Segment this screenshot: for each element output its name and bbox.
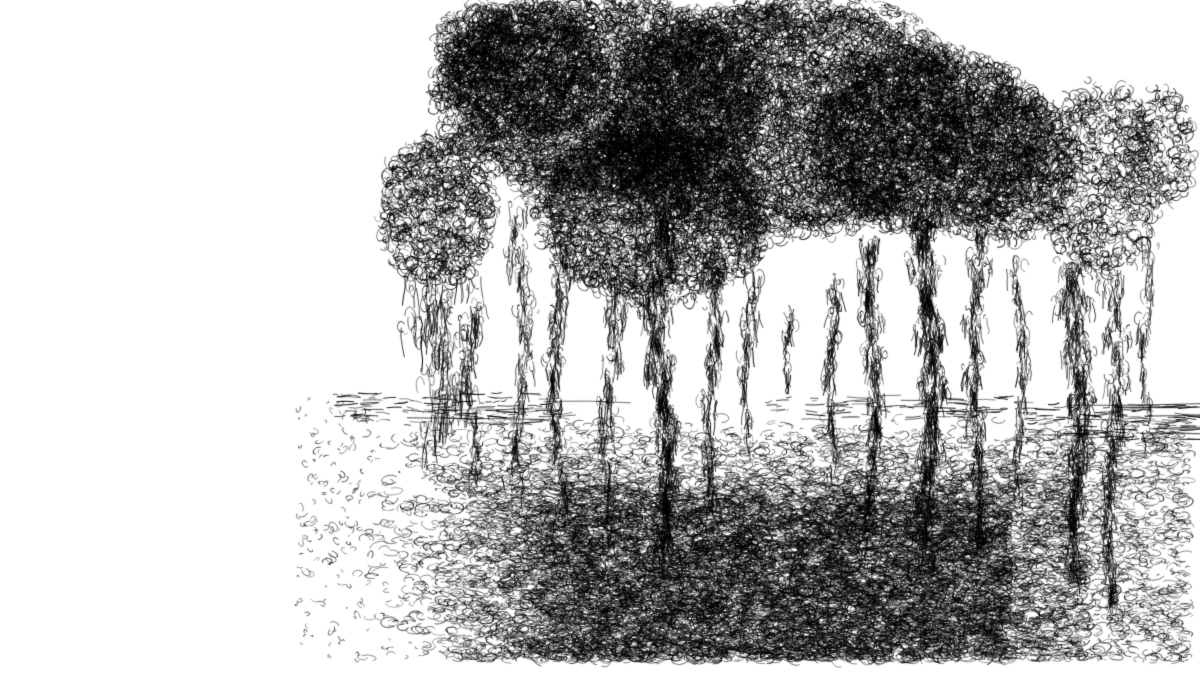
generative-ink-artwork [0,0,1200,675]
artwork-canvas [0,0,1200,675]
